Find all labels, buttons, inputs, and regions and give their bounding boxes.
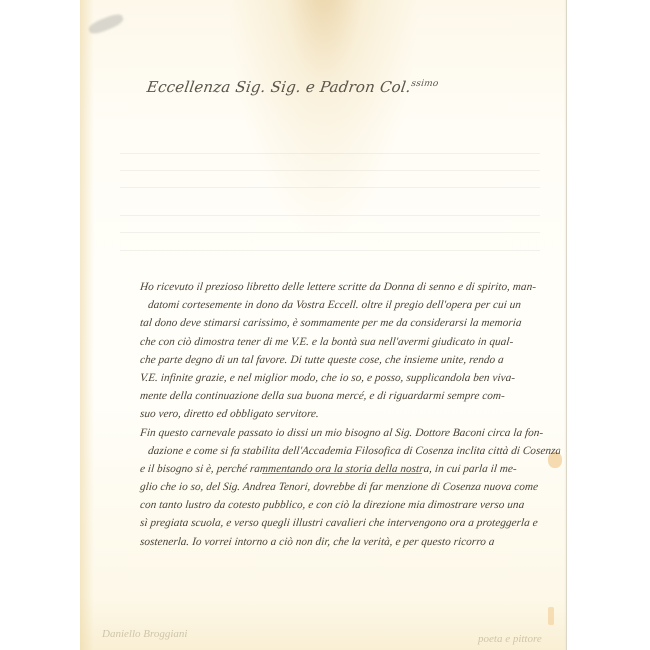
body-line: suo vero, diretto ed obbligato servitore… [139, 405, 561, 423]
body-line: e il bisogno si è, perché rammentando or… [139, 460, 561, 478]
body-line: che parte degno di un tal favore. Di tut… [139, 351, 561, 369]
body-line: glio che io so, del Sig. Andrea Tenori, … [139, 478, 561, 496]
letter-body: Ho ricevuto il prezioso libretto delle l… [140, 278, 560, 551]
paper-stain [548, 607, 554, 625]
body-line: Ho ricevuto il prezioso libretto delle l… [139, 278, 561, 296]
show-through-line [120, 215, 540, 216]
salutation-text: Eccellenza Sig. Sig. e Padron Col. [146, 78, 412, 96]
show-through-line [120, 153, 540, 154]
body-line: Fin questo carnevale passato io dissi un… [139, 424, 561, 442]
show-through-line [120, 187, 540, 188]
body-line: V.E. infinite grazie, e nel miglior modo… [139, 369, 561, 387]
salutation: Eccellenza Sig. Sig. e Padron Col.ssimo [146, 78, 440, 96]
phrase-underline [262, 473, 422, 474]
body-line: tal dono deve stimarsi carissimo, è somm… [139, 314, 561, 332]
body-line: sì pregiata scuola, e verso quegli illus… [139, 514, 561, 532]
body-line: mente della continuazione della sua buon… [139, 387, 561, 405]
body-line: datomi cortesemente in dono da Vostra Ec… [139, 296, 561, 314]
show-through-line [120, 232, 540, 233]
show-through-line [120, 250, 540, 251]
body-line: che con ciò dimostra tener di me V.E. e … [139, 333, 561, 351]
footer-note: poeta e pittore [478, 633, 542, 645]
salutation-superscript: ssimo [411, 79, 439, 89]
show-through-line [120, 170, 540, 171]
body-line: sostenerla. Io vorrei intorno a ciò non … [139, 533, 561, 551]
body-line: con tanto lustro da cotesto pubblico, e … [139, 496, 561, 514]
body-line: dazione e come si fa stabilita dell'Acca… [139, 442, 561, 460]
footer-attribution: Daniello Broggiani [102, 628, 187, 640]
